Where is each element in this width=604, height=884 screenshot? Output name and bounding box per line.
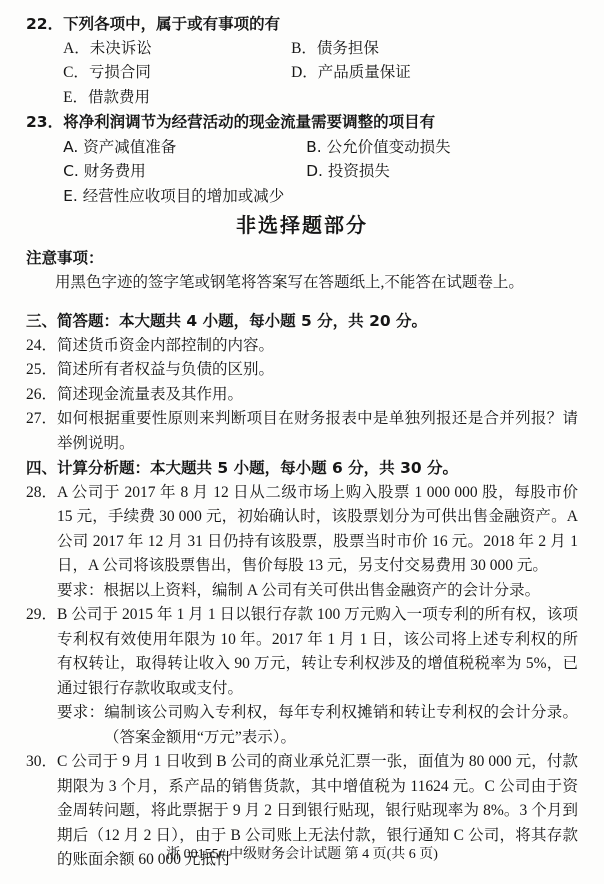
question-25-number: 25．	[26, 358, 57, 383]
short-answer-heading: 三、 简答题：本大题共 4 小题，每小题 5 分，共 20 分。	[26, 309, 578, 334]
question-25-text: 简述所有者权益与负债的区别。	[57, 358, 578, 383]
question-23-option-e: E. 经营性应收项目的增加或减少	[63, 184, 578, 209]
question-29: 29． B 公司于 2015 年 1 月 1 日以银行存款 100 万元购入一项…	[26, 603, 578, 750]
question-22-options: A．未决诉讼 B．债务担保 C．亏损合同 D．产品质量保证 E．借款费用	[63, 37, 578, 111]
question-23: 23． 将净利润调节为经营活动的现金流量需要调整的项目有 A. 资产减值准备 B…	[26, 110, 578, 208]
question-26-text: 简述现金流量表及其作用。	[57, 383, 578, 408]
question-22-option-d: D．产品质量保证	[291, 61, 578, 86]
question-28-text: A 公司于 2017 年 8 月 12 日从二级市场上购入股票 1 000 00…	[57, 481, 578, 579]
question-25: 25． 简述所有者权益与负债的区别。	[26, 358, 578, 383]
question-23-option-c: C. 财务费用	[63, 159, 306, 184]
question-29-text: B 公司于 2015 年 1 月 1 日以银行存款 100 万元购入一项专利的所…	[57, 603, 578, 701]
calculation-heading: 四、 计算分析题：本大题共 5 小题，每小题 6 分，共 30 分。	[26, 456, 578, 481]
notice-body: 用黑色字迹的签字笔或钢笔将答案写在答题纸上,不能答在试题卷上。	[26, 271, 578, 296]
question-24-number: 24．	[26, 334, 57, 359]
question-22-option-a: A．未决诉讼	[63, 37, 291, 62]
question-26-number: 26．	[26, 383, 57, 408]
short-answer-heading-text: 简答题：本大题共 4 小题，每小题 5 分，共 20 分。	[57, 309, 427, 334]
question-23-option-b: B. 公允价值变动损失	[306, 135, 578, 160]
question-28: 28． A 公司于 2017 年 8 月 12 日从二级市场上购入股票 1 00…	[26, 481, 578, 604]
question-27: 27． 如何根据重要性原则来判断项目在财务报表中是单独列报还是合并列报？请举例说…	[26, 407, 578, 456]
page-footer: 浙 00155# 中级财务会计试题 第 4 页(共 6 页)	[0, 845, 604, 865]
question-29-number: 29．	[26, 603, 57, 750]
short-answer-heading-number: 三、	[26, 309, 57, 334]
question-27-number: 27．	[26, 407, 57, 456]
question-24-text: 简述货币资金内部控制的内容。	[57, 334, 578, 359]
question-22-number: 22．	[26, 12, 63, 110]
question-27-text: 如何根据重要性原则来判断项目在财务报表中是单独列报还是合并列报？请举例说明。	[57, 407, 578, 456]
exam-paper-page: 22． 下列各项中，属于或有事项的有 A．未决诉讼 B．债务担保 C．亏损合同 …	[0, 0, 604, 884]
calculation-heading-text: 计算分析题：本大题共 5 小题，每小题 6 分，共 30 分。	[57, 456, 458, 481]
question-26: 26． 简述现金流量表及其作用。	[26, 383, 578, 408]
question-23-option-d: D. 投资损失	[306, 159, 578, 184]
question-22-option-e: E．借款费用	[63, 86, 578, 111]
question-23-stem: 将净利润调节为经营活动的现金流量需要调整的项目有	[63, 110, 578, 135]
question-29-requirement: 要求：编制该公司购入专利权，每年专利权摊销和转让专利权的会计分录。（答案金额用“…	[57, 701, 578, 750]
question-22-option-b: B．债务担保	[291, 37, 578, 62]
notice-block: 注意事项： 用黑色字迹的签字笔或钢笔将答案写在答题纸上,不能答在试题卷上。	[26, 246, 578, 295]
question-22-stem: 下列各项中，属于或有事项的有	[63, 12, 578, 37]
question-28-number: 28．	[26, 481, 57, 604]
calculation-heading-number: 四、	[26, 456, 57, 481]
question-22-option-c: C．亏损合同	[63, 61, 291, 86]
question-23-number: 23．	[26, 110, 63, 208]
question-23-option-a: A. 资产减值准备	[63, 135, 306, 160]
question-23-options: A. 资产减值准备 B. 公允价值变动损失 C. 财务费用 D. 投资损失 E.…	[63, 135, 578, 209]
question-24: 24． 简述货币资金内部控制的内容。	[26, 334, 578, 359]
notice-title: 注意事项：	[26, 246, 578, 271]
question-28-requirement: 要求：根据以上资料，编制 A 公司有关可供出售金融资产的会计分录。	[57, 579, 578, 604]
section-title: 非选择题部分	[26, 210, 578, 240]
question-22: 22． 下列各项中，属于或有事项的有 A．未决诉讼 B．债务担保 C．亏损合同 …	[26, 12, 578, 110]
